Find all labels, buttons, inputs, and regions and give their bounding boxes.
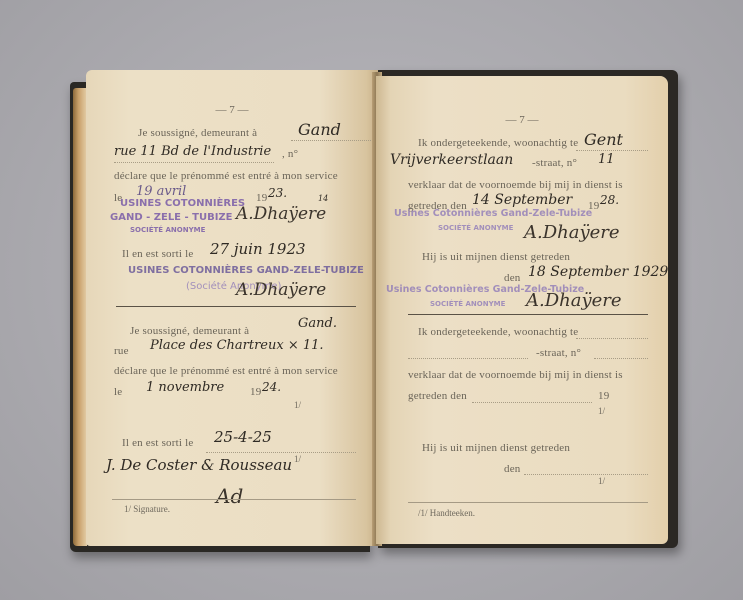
fill-line bbox=[472, 402, 592, 403]
entry2-declaration: déclare que le prénommé est entré à mon … bbox=[114, 365, 338, 377]
entry2-date-label: getreden den bbox=[408, 390, 467, 402]
entry2-start-date: 1 novembre bbox=[146, 380, 224, 395]
signature: A.Dhaÿere bbox=[524, 222, 620, 243]
year-prefix: 19 bbox=[598, 390, 609, 402]
footnote-mark: 1/ bbox=[598, 476, 605, 486]
entry1-address-label: Je soussigné, demeurant à bbox=[138, 127, 257, 139]
entry2-address-label: Je soussigné, demeurant à bbox=[130, 325, 249, 337]
entry2-exit-date: 25-4-25 bbox=[214, 428, 272, 446]
entry1-start-date: 14 September bbox=[472, 192, 572, 208]
year-prefix: 19 bbox=[256, 192, 267, 204]
entry1-street-label: -straat, n° bbox=[532, 157, 577, 169]
company-stamp2-line1: USINES COTONNIÈRES GAND-ZELE-TUBIZE bbox=[128, 265, 364, 276]
year-prefix: 19 bbox=[250, 386, 261, 398]
entry1-declaration: déclare que le prénommé est entré à mon … bbox=[114, 170, 338, 182]
company-stamp-line2: SOCIÉTÉ ANONYME bbox=[438, 224, 513, 232]
entry2-street: Place des Chartreux × 11. bbox=[150, 338, 324, 353]
fill-line bbox=[114, 162, 274, 163]
divider bbox=[116, 306, 356, 307]
footnote: 1/ Signature. bbox=[124, 504, 170, 514]
entry1-street: Vrijverkeerstlaan bbox=[390, 152, 513, 168]
entry2-date-label: le bbox=[114, 386, 122, 398]
entry1-start-date: 19 avril bbox=[136, 184, 186, 199]
company-stamp-line1: Usines Cotonnières Gand-Zele-Tubize bbox=[394, 208, 592, 219]
entry2-street-label: -straat, n° bbox=[536, 347, 581, 359]
entry1-number-label: , n° bbox=[282, 148, 298, 160]
left-page: — 7 — Je soussigné, demeurant à Gand rue… bbox=[86, 70, 378, 546]
divider bbox=[408, 314, 648, 315]
company-stamp-line3: SOCIÉTÉ ANONYME bbox=[130, 226, 205, 234]
superscript: 14 bbox=[318, 194, 328, 203]
entry2-exit-label: Il en est sorti le bbox=[122, 437, 193, 449]
entry2-exit-den: den bbox=[504, 463, 520, 475]
footnote-mark: 1/ bbox=[294, 400, 301, 410]
entry2-street-label: rue bbox=[114, 345, 129, 357]
entry2-declaration: verklaar dat de voornoemde bij mij in di… bbox=[408, 369, 623, 381]
fill-line bbox=[524, 474, 648, 475]
entry1-exit-date: 27 juin 1923 bbox=[210, 240, 306, 258]
entry1-start-year: 28. bbox=[600, 193, 619, 207]
footnote-mark: 1/ bbox=[294, 454, 301, 464]
signature: A.Dhaÿere bbox=[236, 204, 326, 224]
signature: A.Dhaÿere bbox=[236, 280, 326, 300]
entry1-street: rue 11 Bd de l'Industrie bbox=[114, 144, 271, 159]
page-number: — 7 — bbox=[86, 104, 378, 116]
open-workbook: — 7 — Je soussigné, demeurant à Gand rue… bbox=[0, 0, 743, 600]
entry1-city: Gand bbox=[298, 120, 341, 139]
entry1-declaration: verklaar dat de voornoemde bij mij in di… bbox=[408, 179, 623, 191]
fill-line bbox=[576, 150, 648, 151]
signature: Ad bbox=[216, 484, 243, 508]
entry1-exit-label: Il en est sorti le bbox=[122, 248, 193, 260]
fill-line bbox=[576, 338, 648, 339]
entry2-address-label: Ik ondergeteekende, woonachtig te bbox=[418, 326, 578, 338]
entry2-city: Gand. bbox=[298, 316, 337, 331]
entry2-start-year: 24. bbox=[262, 380, 281, 394]
employer-name: J. De Coster & Rousseau bbox=[106, 456, 292, 474]
fill-line bbox=[594, 358, 648, 359]
footnote: /1/ Handteeken. bbox=[418, 508, 475, 518]
entry1-city: Gent bbox=[584, 130, 623, 149]
divider bbox=[408, 502, 648, 503]
signature: A.Dhaÿere bbox=[526, 290, 622, 311]
entry1-house-number: 11 bbox=[598, 152, 615, 167]
footnote-mark: 1/ bbox=[598, 406, 605, 416]
entry2-exit-label: Hij is uit mijnen dienst getreden bbox=[422, 442, 570, 454]
page-number: — 7 — bbox=[376, 114, 668, 126]
page-edges bbox=[73, 88, 87, 546]
fill-line bbox=[206, 452, 356, 453]
company-stamp-line1: USINES COTONNIÈRES bbox=[120, 198, 245, 209]
fill-line bbox=[408, 358, 528, 359]
company-stamp-line2: GAND - ZELE - TUBIZE bbox=[110, 212, 233, 223]
entry1-exit-label: Hij is uit mijnen dienst getreden bbox=[422, 251, 570, 263]
entry1-address-label: Ik ondergeteekende, woonachtig te bbox=[418, 137, 578, 149]
fill-line bbox=[291, 140, 371, 141]
entry1-start-year: 23. bbox=[268, 186, 287, 200]
divider bbox=[112, 499, 356, 500]
company-stamp2-line2: SOCIÉTÉ ANONYME bbox=[430, 300, 505, 308]
right-page: — 7 — Ik ondergeteekende, woonachtig te … bbox=[376, 76, 668, 544]
entry1-exit-date: 18 September 1929 bbox=[528, 264, 668, 280]
entry1-exit-den: den bbox=[504, 272, 520, 284]
